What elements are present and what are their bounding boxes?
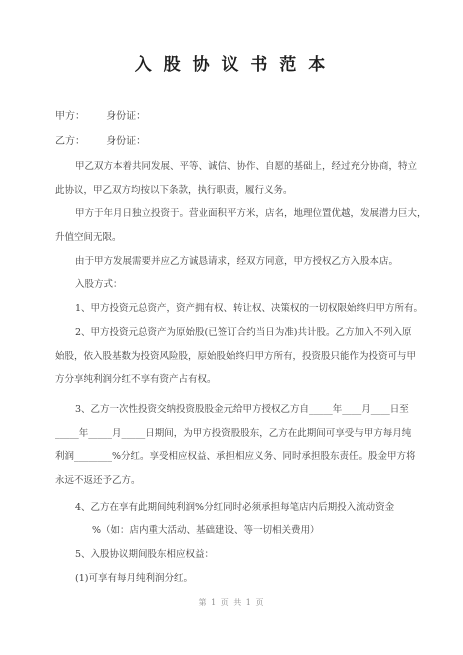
- text-line: 甲乙双方本着共同发展、平等、诚信、协作、自愿的基础上，经过充分协商，特立: [55, 155, 411, 179]
- text-line: _____年_____月_____日期间，为甲方投资股股东，乙方在此期间可享受与…: [55, 422, 411, 446]
- text-line: (1)可享有每月纯利润分红。: [55, 567, 411, 591]
- text-line: 方分享纯利润分红不享有资产占有权。: [55, 368, 411, 392]
- text-line: 由于甲方发展需要并应乙方诚恳请求，经双方同意，甲方授权乙方入股本店。: [55, 250, 411, 274]
- text-line: 3、乙方一次性投资交纳投资股股金元给甲方授权乙方自_____年____月____…: [55, 398, 411, 422]
- document-page: 入 股 协 议 书 范 本 甲方： 身份证： 乙方： 身份证： 甲乙双方本着共同…: [0, 0, 463, 655]
- party-a-id-label: 身份证：: [106, 111, 146, 122]
- text-line: 1、甲方投资元总资产，资产拥有权、转让权、决策权的一切权限始终归甲方所有。: [55, 297, 411, 321]
- party-b-id-label: 身份证：: [106, 136, 146, 147]
- text-line: 利润________%分红。享受相应权益、承担相应义务、同时承担股东责任。股金甲…: [55, 445, 411, 469]
- text-line: 此协议，甲乙双方均按以下条款，执行职责，履行义务。: [55, 179, 411, 203]
- text-line: %（如：店内重大活动、基础建设、等一切相关费用）: [55, 519, 411, 543]
- text-line: 4、乙方在享有此期间纯利润%分红同时必须承担每笔店内后期投入流动资金: [55, 496, 411, 520]
- text-line: 甲方于年月日独立投资于。营业面积平方米，店名，地理位置优越，发展潜力巨大，: [55, 202, 411, 226]
- text-line: 永远不返还予乙方。: [55, 469, 411, 493]
- party-b-label: 乙方：: [55, 136, 85, 147]
- text-line: 2、甲方投资元总资产为原始股(已签订合约当日为准)共计股。乙方加入不列入原: [55, 321, 411, 345]
- party-b-line: 乙方： 身份证：: [55, 132, 146, 147]
- document-title: 入 股 协 议 书 范 本: [0, 50, 463, 75]
- text-line: 始股，依入股基数为投资风险股，原始股始终归甲方所有，投资股只能作为投资可与甲: [55, 345, 411, 369]
- party-a-label: 甲方：: [55, 111, 85, 122]
- text-line: 升值空间无限。: [55, 226, 411, 250]
- document-body: 甲乙双方本着共同发展、平等、诚信、协作、自愿的基础上，经过充分协商，特立此协议，…: [55, 155, 411, 590]
- party-a-line: 甲方： 身份证：: [55, 107, 146, 122]
- page-footer: 第 1 页 共 1 页: [0, 597, 463, 608]
- text-line: 入股方式：: [55, 273, 411, 297]
- text-line: 5、入股协议期间股东相应权益：: [55, 543, 411, 567]
